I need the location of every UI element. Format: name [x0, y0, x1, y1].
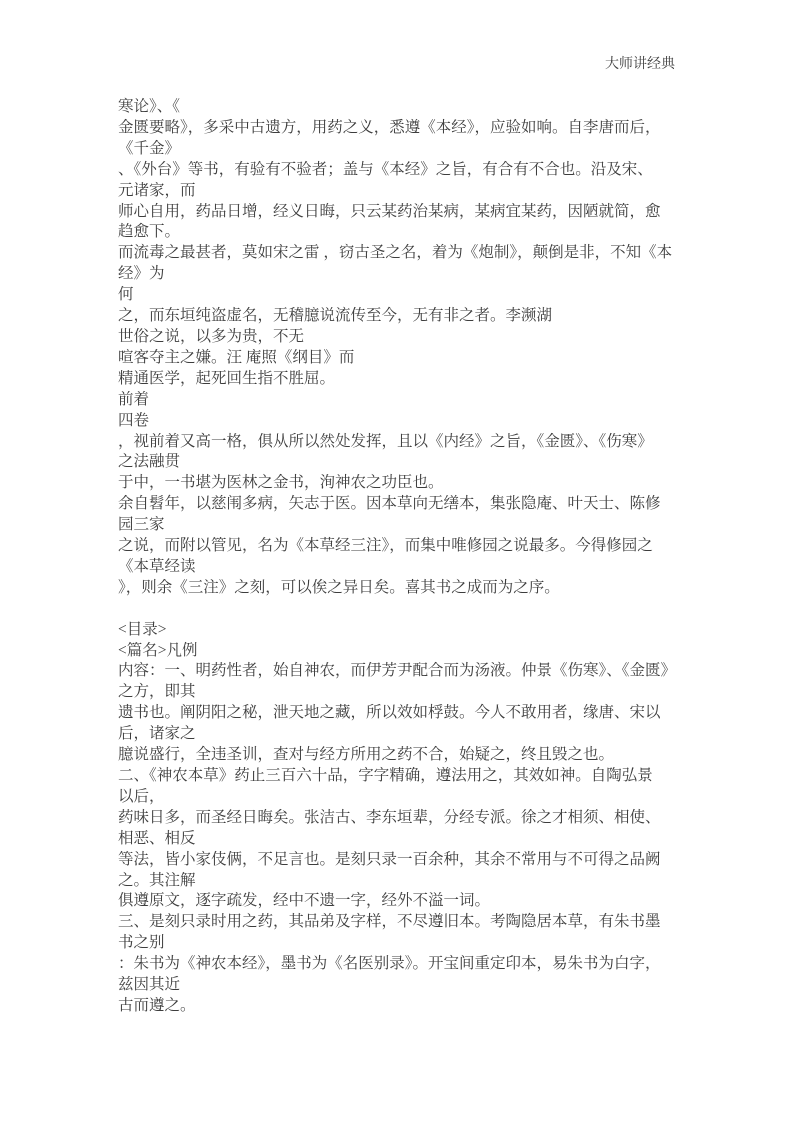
text-line: 金匮要略》，多采中古遗方，用药之义，悉遵《本经》，应验如响。自李唐而后，: [118, 118, 684, 139]
text-line: 臆说盛行，全违圣训，查对与经方所用之药不合，始疑之，终且毁之也。: [118, 745, 684, 766]
text-line: 之说，而附以管见，名为《本草经三注》，而集中唯修园之说最多。今得修园之: [118, 536, 684, 557]
text-line: 元诸家，而: [118, 181, 684, 202]
text-line: 余自髫年，以慈闱多病，矢志于医。因本草向无缮本，集张隐庵、叶天士、陈修: [118, 494, 684, 515]
text-line: 而流毒之最甚者，莫如宋之雷 ，窃古圣之名，着为《炮制》，颠倒是非，不知《本: [118, 243, 684, 264]
text-line: 内容：一、明药性者，始自神农，而伊芳尹配合而为汤液。仲景《伤寒》、《金匮》: [118, 661, 684, 682]
text-line: 书之别: [118, 933, 684, 954]
text-line: ：朱书为《神农本经》，墨书为《名医别录》。开宝间重定印本，易朱书为白字，: [118, 954, 684, 975]
text-line: 精通医学，起死回生指不胜屈。: [118, 369, 684, 390]
text-line: 药味日多，而圣经日晦矣。张洁古、李东垣辈，分经专派。徐之才相须、相使、: [118, 808, 684, 829]
text-line: 世俗之说，以多为贵，不无: [118, 327, 684, 348]
text-line: 之方，即其: [118, 682, 684, 703]
page-header: 大师讲经典: [118, 56, 675, 74]
text-line: 、《外台》等书，有验有不验者；盖与《本经》之旨，有合有不合也。沿及宋、: [118, 160, 684, 181]
text-line: 以后，: [118, 787, 684, 808]
header-title: 大师讲经典: [605, 57, 675, 72]
text-line: 师心自用，药品日增，经义日晦，只云某药治某病，某病宜某药，因陋就简，愈: [118, 202, 684, 223]
text-line: 《千金》: [118, 139, 684, 160]
text-line: ，视前着又高一格，俱从所以然处发挥，且以《内经》之旨，《金匮》、《伤寒》: [118, 432, 684, 453]
text-line: 前着: [118, 390, 684, 411]
text-line: 之。其注解: [118, 871, 684, 892]
text-line: 寒论》、《: [118, 97, 684, 118]
text-line: 于中，一书堪为医林之金书，洵神农之功臣也。: [118, 473, 684, 494]
text-line: [118, 599, 684, 620]
text-line: 俱遵原文，逐字疏发，经中不遗一字，经外不溢一词。: [118, 891, 684, 912]
text-line: 后，诸家之: [118, 724, 684, 745]
text-line: 兹因其近: [118, 975, 684, 996]
text-line: 之，而东垣纯盗虚名，无稽臆说流传至今，无有非之者。李濒湖: [118, 306, 684, 327]
document-body: 寒论》、《金匮要略》，多采中古遗方，用药之义，悉遵《本经》，应验如响。自李唐而后…: [118, 97, 684, 1017]
text-line: <目录>: [118, 620, 684, 641]
text-line: 等法，皆小家伎俩，不足言也。是刻只录一百余种，其余不常用与不可得之品阙: [118, 850, 684, 871]
text-line: 园三家: [118, 515, 684, 536]
text-line: <篇名>凡例: [118, 641, 684, 662]
text-line: 相恶、相反: [118, 829, 684, 850]
text-line: 《本草经读: [118, 557, 684, 578]
text-line: 》，则余《三注》之刻，可以俟之异日矣。喜其书之成而为之序。: [118, 578, 684, 599]
text-line: 何: [118, 285, 684, 306]
text-line: 之法融贯: [118, 452, 684, 473]
text-line: 四卷: [118, 411, 684, 432]
text-line: 三、是刻只录时用之药，其品弟及字样，不尽遵旧本。考陶隐居本草，有朱书墨: [118, 912, 684, 933]
text-line: 二、《神农本草》药止三百六十品，字字精确，遵法用之，其效如神。自陶弘景: [118, 766, 684, 787]
text-line: 喧客夺主之嫌。汪 庵照《纲目》而: [118, 348, 684, 369]
text-line: 古而遵之。: [118, 996, 684, 1017]
text-line: 趋愈下。: [118, 222, 684, 243]
text-line: 遗书也。阐阴阳之秘，泄天地之藏，所以效如桴鼓。今人不敢用者，缘唐、宋以: [118, 703, 684, 724]
text-line: 经》为: [118, 264, 684, 285]
document-page: 大师讲经典 寒论》、《金匮要略》，多采中古遗方，用药之义，悉遵《本经》，应验如响…: [0, 0, 793, 1122]
